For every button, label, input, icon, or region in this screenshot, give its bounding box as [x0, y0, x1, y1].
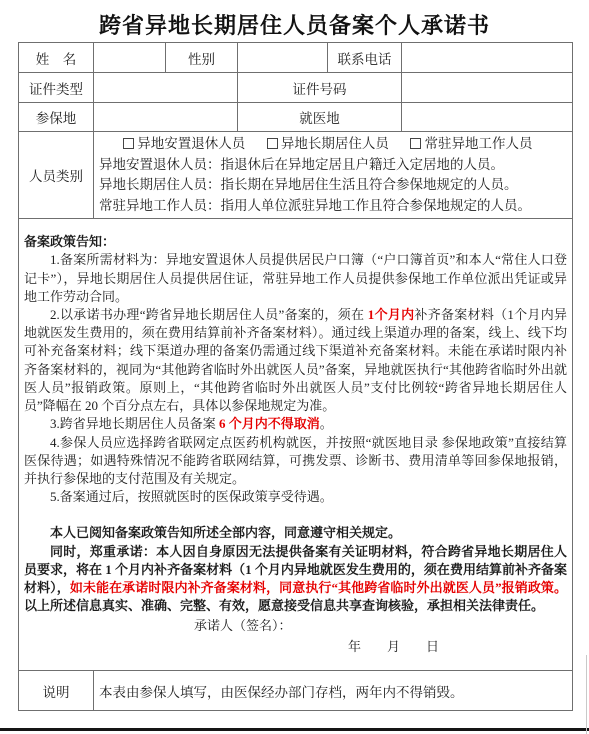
- category-definition-retired: 异地安置退休人员：指退休后在异地定居且户籍迁入定居地的人员。: [99, 155, 567, 176]
- page-title: 跨省异地长期居住人员备案个人承诺书: [0, 9, 589, 40]
- category-content: 异地安置退休人员异地长期居住人员常驻异地工作人员 异地安置退休人员：指退休后在异…: [94, 132, 573, 219]
- page-bottom-divider: [0, 728, 589, 731]
- insured-place-label: 参保地: [19, 103, 94, 132]
- row-name-gender-phone: 姓 名 性别 联系电话: [19, 43, 573, 73]
- id-number-field[interactable]: [402, 73, 573, 103]
- form-table: 姓 名 性别 联系电话 证件类型 证件号码 参保地 就医地 人员类别 异地安置退…: [18, 42, 573, 711]
- id-type-label: 证件类型: [19, 73, 94, 103]
- window-edge-line: [586, 655, 587, 734]
- notice-item-3-text: 。: [320, 416, 333, 431]
- remark-label: 说明: [19, 671, 94, 711]
- phone-field[interactable]: [402, 43, 573, 73]
- gender-label: 性别: [166, 43, 238, 73]
- checkbox-icon[interactable]: [267, 138, 278, 149]
- category-label: 人员类别: [19, 132, 94, 219]
- category-definition-resident: 异地长期居住人员：指长期在异地居住生活且符合参保地规定的人员。: [99, 175, 567, 196]
- row-category: 人员类别 异地安置退休人员异地长期居住人员常驻异地工作人员 异地安置退休人员：指…: [19, 132, 573, 219]
- notice-item-5: 5.备案通过后，按照就医时的医保政策享受待遇。: [24, 488, 567, 506]
- id-type-field[interactable]: [94, 73, 238, 103]
- checkbox-icon[interactable]: [123, 138, 134, 149]
- category-definition-worker: 常驻异地工作人员：指用人单位派驻异地工作且符合参保地规定的人员。: [99, 196, 567, 217]
- notice-item-2-text: 补齐备案材料（1个月内异地就医发生费用的，须在费用结算前补齐备案材料）。通过线上…: [24, 307, 567, 413]
- category-option-label: 常驻异地工作人员: [424, 136, 532, 151]
- notice-item-2-highlight: 1个月内: [368, 307, 415, 322]
- id-number-label: 证件号码: [238, 73, 402, 103]
- notice-item-4: 4.参保人员应选择跨省联网定点医药机构就医，并按照“就医地目录 参保地政策”直接…: [24, 434, 567, 489]
- checkbox-icon[interactable]: [410, 138, 421, 149]
- row-id: 证件类型 证件号码: [19, 73, 573, 103]
- notice-heading: 备案政策告知：: [24, 233, 567, 251]
- name-field[interactable]: [94, 43, 166, 73]
- row-remark: 说明 本表由参保人填写，由医保经办部门存档，两年内不得销毁。: [19, 671, 573, 711]
- notice-item-3-text: 3.跨省异地长期居住人员备案: [50, 416, 219, 431]
- phone-label: 联系电话: [328, 43, 402, 73]
- medical-place-field[interactable]: [402, 103, 573, 132]
- category-option-retired[interactable]: 异地安置退休人员: [123, 136, 245, 151]
- commitment-para-1: 本人已阅知备案政策告知所述全部内容，同意遵守相关规定。: [24, 524, 567, 542]
- commitment-form-document: 跨省异地长期居住人员备案个人承诺书 姓 名 性别 联系电话 证件类型 证件号码 …: [0, 0, 589, 734]
- row-places: 参保地 就医地: [19, 103, 573, 132]
- commitment-block: 本人已阅知备案政策告知所述全部内容，同意遵守相关规定。 同时，郑重承诺：本人因自…: [24, 524, 567, 655]
- medical-place-label: 就医地: [238, 103, 402, 132]
- category-option-worker[interactable]: 常驻异地工作人员: [410, 136, 532, 151]
- category-checkbox-line: 异地安置退休人员异地长期居住人员常驻异地工作人员: [99, 134, 567, 155]
- date-line[interactable]: 年 月 日: [24, 638, 567, 656]
- signature-label[interactable]: 承诺人（签名）：: [194, 617, 567, 635]
- notice-item-3: 3.跨省异地长期居住人员备案 6 个月内不得取消。: [24, 415, 567, 433]
- commitment-para-2: 同时，郑重承诺：本人因自身原因无法提供备案有关证明材料，符合跨省异地长期居住人员…: [24, 543, 567, 616]
- category-option-label: 异地长期居住人员: [281, 136, 389, 151]
- category-option-label: 异地安置退休人员: [137, 136, 245, 151]
- remark-text: 本表由参保人填写，由医保经办部门存档，两年内不得销毁。: [94, 671, 573, 711]
- category-option-resident[interactable]: 异地长期居住人员: [267, 136, 389, 151]
- notice-item-3-highlight: 6 个月内不得取消: [219, 416, 320, 431]
- commitment-para-2-text: 以上所述信息真实、准确、完整、有效，愿意接受信息共享查询核验，承担相关法律责任。: [24, 598, 544, 613]
- commitment-para-2-highlight: 如未能在承诺时限内补齐备案材料，同意执行“其他跨省临时外出就医人员”报销政策。: [70, 580, 567, 595]
- name-label: 姓 名: [19, 43, 94, 73]
- notice-item-1: 1.备案所需材料为：异地安置退休人员提供居民户口簿（“户口簿首页”和本人“常住人…: [24, 251, 567, 306]
- policy-notice-cell: 备案政策告知： 1.备案所需材料为：异地安置退休人员提供居民户口簿（“户口簿首页…: [19, 219, 573, 671]
- row-policy-notice: 备案政策告知： 1.备案所需材料为：异地安置退休人员提供居民户口簿（“户口簿首页…: [19, 219, 573, 671]
- notice-item-2-text: 2.以承诺书办理“跨省异地长期居住人员”备案的，须在: [50, 307, 368, 322]
- gender-field[interactable]: [238, 43, 328, 73]
- insured-place-field[interactable]: [94, 103, 238, 132]
- notice-item-2: 2.以承诺书办理“跨省异地长期居住人员”备案的，须在 1个月内补齐备案材料（1个…: [24, 306, 567, 415]
